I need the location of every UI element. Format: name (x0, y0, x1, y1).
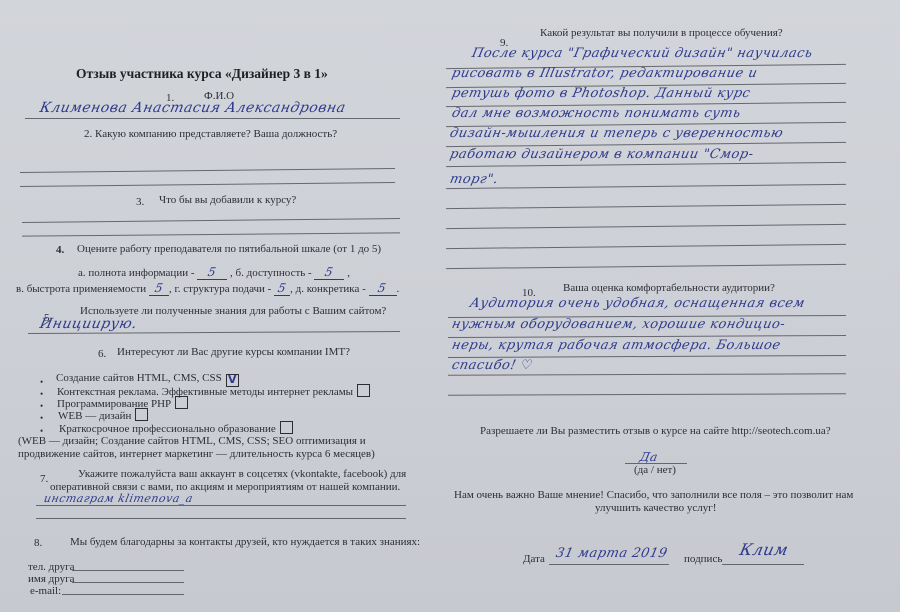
q10-answer-line-1[interactable]: Аудитория очень удобная, оснащенная всем (468, 296, 806, 311)
signature-line (722, 564, 804, 565)
q9-answer-line-1[interactable]: После курса "Графический дизайн" научила… (470, 46, 814, 61)
date-value[interactable]: 31 марта 2019 (554, 546, 669, 561)
rating-label-concreteness: , д. конкретика - (290, 283, 366, 295)
q9-answer-line-3[interactable]: ретушь фото в Photoshop. Данный курс (450, 86, 751, 101)
q10-label: Ваша оценка комфортабельности аудитории? (563, 282, 775, 294)
checkbox-context-ads[interactable] (357, 384, 370, 397)
friend-email-field[interactable] (62, 594, 184, 595)
q7-label-line-1: Укажите пожалуйста ваш аккаунт в соцсетя… (78, 468, 406, 480)
friend-phone-label: тел. друга (28, 561, 75, 573)
q5-answer[interactable]: Инициирую. (38, 316, 139, 332)
q10-line-4 (448, 373, 846, 375)
q4-rating-row-1: а. полнота информации - 5 , б. доступнос… (78, 265, 350, 280)
permission-question: Разрешаете ли Вы разместить отзыв о курс… (480, 425, 831, 437)
rating-field-concreteness[interactable]: 5 (369, 281, 397, 296)
q9-line-10[interactable] (446, 244, 846, 249)
thanks-line-1: Нам очень важно Ваше мнение! Спасибо, чт… (454, 489, 853, 501)
q9-line-11[interactable] (446, 264, 846, 269)
thanks-line-2: улучшить качество услуг! (595, 502, 716, 514)
friend-phone-field[interactable] (72, 570, 184, 571)
q4-label: Оцените работу преподавателя по пятибаль… (77, 243, 381, 255)
q9-answer-line-7[interactable]: торг". (448, 172, 499, 187)
q6-number: 6. (98, 348, 106, 360)
q6-note-line-1: (WEB — дизайн; Создание сайтов HTML, CMS… (18, 435, 366, 447)
q3-line-1[interactable] (22, 218, 400, 223)
q1-line (25, 118, 400, 119)
q10-answer-line-4[interactable]: спасибо! ♡ (450, 358, 534, 373)
q9-answer-line-6[interactable]: работаю дизайнером в компании "Смор- (448, 147, 755, 162)
q7-line-1 (36, 505, 406, 506)
q4-number: 4. (56, 244, 64, 256)
checkbox-web-design[interactable] (135, 408, 148, 421)
q4-rating-row-2: в. быстрота применяемости 5, г. структур… (16, 281, 399, 296)
q7-number: 7. (40, 473, 48, 485)
friend-name-field[interactable] (72, 582, 184, 583)
q7-line-2 (36, 518, 406, 519)
q2-line-2[interactable] (20, 182, 395, 187)
bullet-icon: • (40, 389, 43, 399)
signature-value[interactable]: Клим (738, 540, 790, 559)
q9-line-8[interactable] (446, 204, 846, 209)
rating-field-applicability[interactable]: 5 (149, 281, 169, 296)
q8-number: 8. (34, 537, 42, 549)
q2-label: 2. Какую компанию представляете? Ваша до… (84, 128, 337, 140)
date-line (549, 564, 669, 565)
form-title: Отзыв участника курса «Дизайнер 3 в 1» (76, 66, 328, 82)
q9-line-6 (446, 162, 846, 167)
q9-line-7 (446, 184, 846, 189)
bullet-icon: • (40, 401, 43, 411)
q9-answer-line-5[interactable]: дизайн-мышления и теперь с уверенностью (448, 126, 784, 141)
course-option-web-design: WEB — дизайн (58, 408, 148, 422)
q7-answer[interactable]: инстаграм klimenova_a (43, 492, 195, 505)
signature-label: подпись (684, 553, 722, 565)
rating-label-completeness: а. полнота информации - (78, 267, 195, 279)
q3-label: Что бы вы добавили к курсу? (159, 194, 296, 206)
q2-line-1[interactable] (20, 168, 395, 173)
q10-answer-line-2[interactable]: нужным оборудованием, хорошие кондицио- (450, 317, 786, 332)
rating-field-structure[interactable]: 5 (274, 281, 290, 296)
q10-answer-line-3[interactable]: неры, крутая рабочая атмосфера. Большое (450, 338, 782, 353)
q3-number: 3. (136, 196, 144, 208)
date-label: Дата (523, 553, 545, 565)
rating-label-applicability: в. быстрота применяемости (16, 283, 146, 295)
rating-field-completeness[interactable]: 5 (197, 265, 227, 280)
q8-label: Мы будем благодарны за контакты друзей, … (70, 536, 420, 548)
q9-answer-line-2[interactable]: рисовать в Illustrator, редактирование и (450, 66, 758, 81)
q9-line-9[interactable] (446, 224, 846, 229)
q9-answer-line-4[interactable]: дал мне возможность понимать суть (450, 106, 742, 121)
bullet-icon: • (40, 413, 43, 423)
rating-field-accessibility[interactable]: 5 (314, 265, 344, 280)
rating-label-structure: , г. структура подачи - (169, 283, 271, 295)
friend-name-label: имя друга (28, 573, 75, 585)
q9-label: Какой результат вы получили в процессе о… (540, 27, 783, 39)
q1-answer[interactable]: Клименова Анастасия Александровна (38, 100, 347, 116)
bullet-icon: • (40, 377, 43, 387)
q6-label: Интересуют ли Вас другие курсы компании … (117, 346, 350, 358)
feedback-form-scan: Отзыв участника курса «Дизайнер 3 в 1» 1… (0, 0, 900, 612)
permission-answer[interactable]: Да (639, 450, 660, 464)
q10-line-5[interactable] (448, 393, 846, 395)
rating-label-accessibility: , б. доступность - (230, 267, 312, 279)
checkbox-php[interactable] (175, 396, 188, 409)
permission-hint: (да / нет) (634, 464, 676, 476)
checkbox-short-term[interactable] (280, 421, 293, 434)
course-option-short-term: Краткосрочное профессионально образовани… (59, 421, 293, 435)
q6-note-line-2: продвижение сайтов, интернет маркетинг —… (18, 448, 375, 460)
friend-email-label: e-mail: (30, 585, 61, 597)
q3-line-2[interactable] (22, 232, 400, 236)
